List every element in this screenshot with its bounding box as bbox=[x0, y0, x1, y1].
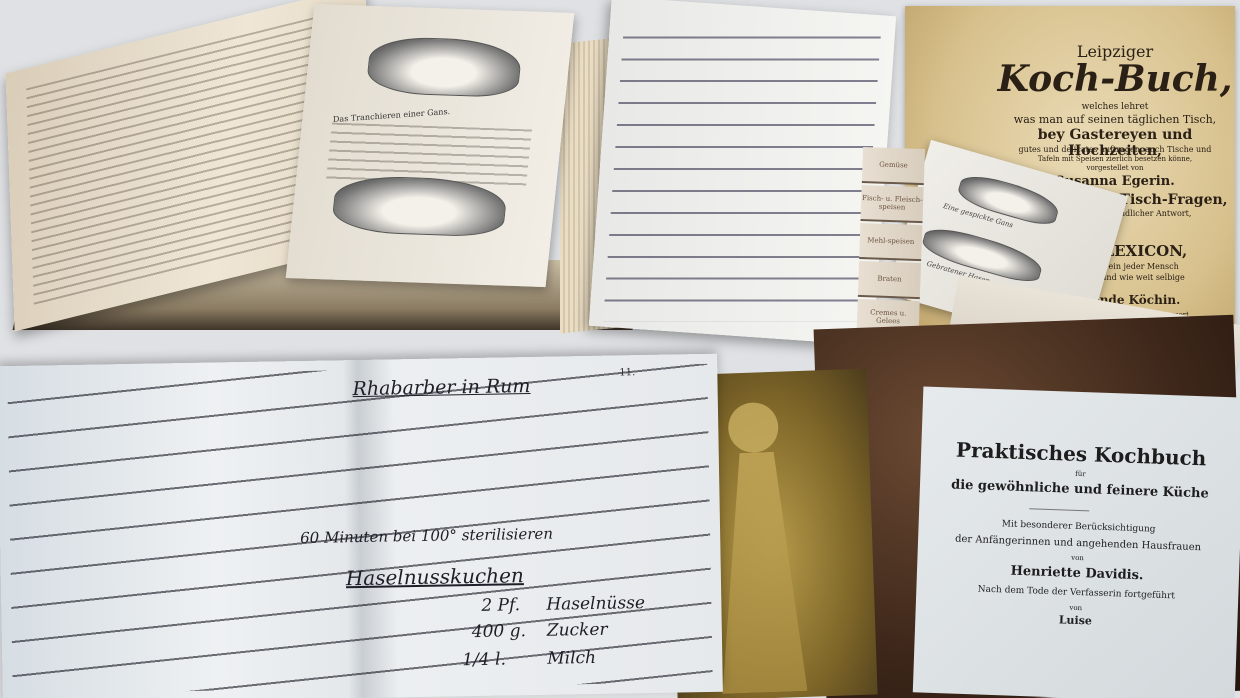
handwritten-recipe-notebook: Rhabarber in Rum 11. 60 Minuten bei 100°… bbox=[0, 354, 723, 698]
divider bbox=[1029, 508, 1089, 511]
recipe-title: Rhabarber in Rum bbox=[352, 375, 530, 400]
book-title: Koch-Buch, bbox=[995, 58, 1235, 100]
davidis-title-page: Praktisches Kochbuch für die gewöhnliche… bbox=[913, 386, 1240, 698]
text-line: gutes und delicates auftragen, auch Tisc… bbox=[995, 145, 1235, 154]
text-line: Tafeln mit Speisen zierlich besetzen kön… bbox=[995, 155, 1235, 163]
ingredient-qty: 2 Pf. bbox=[481, 595, 520, 616]
index-tab: Mehl-speisen bbox=[859, 223, 922, 261]
text-line: welches lehret bbox=[995, 102, 1235, 112]
handwritten-notebook-top bbox=[589, 0, 896, 346]
index-tab: Fisch- u. Fleisch-speisen bbox=[860, 185, 923, 223]
figure-head bbox=[727, 402, 779, 454]
handwritten-text bbox=[603, 20, 882, 321]
index-tab: Braten bbox=[858, 261, 921, 299]
ingredient-qty: 400 g. bbox=[472, 621, 526, 642]
recipe-title: Haselnusskuchen bbox=[346, 563, 524, 590]
text-line: was man auf seinen täglichen Tisch, bbox=[995, 113, 1235, 126]
goose-carving-illustration bbox=[365, 36, 523, 98]
index-tab: Gemüse bbox=[862, 147, 925, 185]
printed-paragraph bbox=[326, 123, 532, 187]
ingredient-item: Haselnüsse bbox=[546, 593, 645, 615]
ingredient-item: Milch bbox=[547, 648, 596, 669]
figure-dress bbox=[714, 451, 807, 694]
illustration-caption: Das Tranchieren einer Gans. bbox=[333, 101, 534, 124]
printed-book-right-page: Das Tranchieren einer Gans. bbox=[286, 4, 575, 287]
ingredient-item: Zucker bbox=[547, 620, 608, 641]
ingredient-qty: 1/4 l. bbox=[462, 649, 506, 670]
page-number: 11. bbox=[619, 367, 635, 378]
